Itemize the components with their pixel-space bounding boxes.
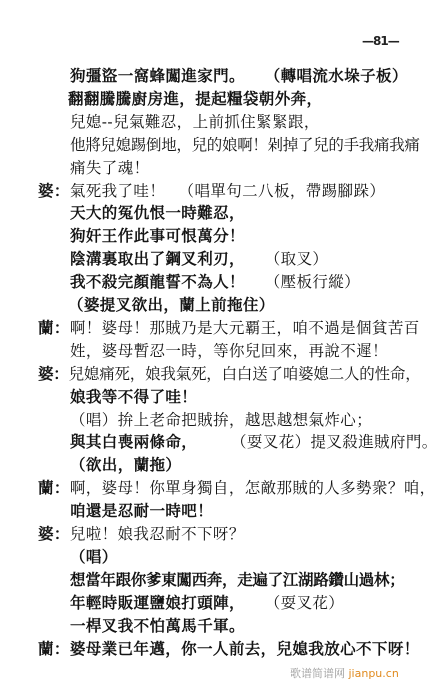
line-text: 氣死我了哇！ xyxy=(70,182,165,200)
line-text: 他將兒媳踢倒地，兒的娘啊！剁掉了兒的手我痛我痛 xyxy=(70,136,420,154)
watermark: 歌谱简谱网 jianpu.cn xyxy=(290,665,399,681)
stage-direction: （轉唱流水垛子板） xyxy=(265,66,408,85)
script-line: （欲出，蘭拖） xyxy=(70,455,181,475)
script-line: 狗彊盜一窩蜂闖進家門。 （轉唱流水垛子板） xyxy=(70,66,408,86)
script-line: 婆：兒啦！娘我忍耐不下呀？ xyxy=(38,524,245,544)
line-text: 姓，婆母暫忍一時，等你兒回來，再說不遲！ xyxy=(70,342,388,360)
script-line: 兒媳--兒氣難忍，上前抓住緊緊跟， xyxy=(70,112,320,132)
line-text: 我不殺完顏龍誓不為人！ xyxy=(70,272,245,291)
line-text: 天大的冤仇恨一時難忍， xyxy=(70,203,245,222)
stage-direction: （唱） xyxy=(70,547,118,566)
script-line: 娘我等不得了哇！ xyxy=(70,387,197,407)
watermark-site: 歌谱简谱网 xyxy=(290,667,345,680)
script-line: 婆：氣死我了哇！ （唱單句二八板，帶踢腳跺） xyxy=(38,181,385,201)
script-line: 想當年跟你爹東闖西奔，走遍了江湖路鑽山過林； xyxy=(70,570,404,590)
script-line: 姓，婆母暫忍一時，等你兒回來，再說不遲！ xyxy=(70,341,388,361)
line-text: 狗彊盜一窩蜂闖進家門。 xyxy=(70,66,245,85)
line-text: 拚上老命把賊拚，越思越想氣炸心； xyxy=(118,411,372,429)
script-line: 翻翻騰騰廚房進，提起糧袋朝外奔， xyxy=(68,89,322,109)
stage-direction: （婆提叉欲出，蘭上前拖住） xyxy=(68,295,275,314)
script-line: 狗奸王作此事可恨萬分！ xyxy=(70,226,245,246)
speaker-label: 蘭： xyxy=(38,478,70,497)
line-text: 與其白喪兩條命， xyxy=(70,432,197,451)
script-line: 陰溝裏取出了鋼叉利刃， （取叉） xyxy=(70,249,328,269)
line-text: 咱還是忍耐一時吧！ xyxy=(70,501,213,520)
line-text: 狗奸王作此事可恨萬分！ xyxy=(70,226,245,245)
script-line: 天大的冤仇恨一時難忍， xyxy=(70,203,245,223)
line-text: 兒媳痛死，娘我氣死，白白送了咱婆媳二人的性命， xyxy=(69,365,421,383)
line-text: 翻翻騰騰廚房進，提起糧袋朝外奔， xyxy=(68,89,322,108)
speaker-label: 婆： xyxy=(38,364,69,383)
script-line: （唱）拚上老命把賊拚，越思越想氣炸心； xyxy=(70,410,372,430)
line-text: 年輕時販運鹽娘打頭陣， xyxy=(70,593,245,612)
speaker-label: 婆： xyxy=(38,524,70,543)
stage-direction: （取叉） xyxy=(265,250,329,268)
line-text: 一桿叉我不怕萬馬千軍。 xyxy=(70,616,245,635)
line-text: 啊，婆母！你單身獨自，怎敵那賊的人多勢衆？咱， xyxy=(70,479,436,497)
line-text: 痛失了魂！ xyxy=(70,159,150,177)
speaker-label: 蘭： xyxy=(38,318,70,337)
script-line: 年輕時販運鹽娘打頭陣， （耍叉花） xyxy=(70,593,344,613)
script-line: 痛失了魂！ xyxy=(70,158,150,178)
line-text: 啊！婆母！那賊乃是大元覇王，咱不過是個貧苦百 xyxy=(70,319,420,337)
line-text: 想當年跟你爹東闖西奔，走遍了江湖路鑽山過林； xyxy=(70,570,404,589)
stage-direction: （壓板行縱） xyxy=(265,273,360,291)
script-line: （婆提叉欲出，蘭上前拖住） xyxy=(68,295,275,315)
script-line: （唱） xyxy=(70,547,118,567)
script-line: 蘭：婆母業已年邁，你一人前去，兒媳我放心不下呀！ xyxy=(38,639,420,659)
speaker-label: 蘭： xyxy=(38,639,70,658)
script-line: 咱還是忍耐一時吧！ xyxy=(70,501,213,521)
script-line: 他將兒媳踢倒地，兒的娘啊！剁掉了兒的手我痛我痛 xyxy=(70,135,420,155)
page-number: —81— xyxy=(362,34,399,48)
stage-direction: （耍叉花）提叉殺進賊府門。 xyxy=(231,433,438,451)
line-text: 婆母業已年邁，你一人前去，兒媳我放心不下呀！ xyxy=(70,639,420,658)
script-line: 我不殺完顏龍誓不為人！ （壓板行縱） xyxy=(70,272,360,292)
script-line: 一桿叉我不怕萬馬千軍。 xyxy=(70,616,245,636)
stage-direction: （唱單句二八板，帶踢腳跺） xyxy=(179,182,386,200)
script-line: 蘭：啊！婆母！那賊乃是大元覇王，咱不過是個貧苦百 xyxy=(38,318,420,338)
line-text: 娘我等不得了哇！ xyxy=(70,387,197,406)
script-line: 蘭：啊，婆母！你單身獨自，怎敵那賊的人多勢衆？咱， xyxy=(38,478,436,498)
stage-direction: （耍叉花） xyxy=(265,594,345,612)
line-text: 兒媳--兒氣難忍，上前抓住緊緊跟， xyxy=(70,113,320,131)
stage-direction: （唱） xyxy=(70,411,118,429)
watermark-url: jianpu.cn xyxy=(349,667,399,680)
script-line: 婆：兒媳痛死，娘我氣死，白白送了咱婆媳二人的性命， xyxy=(38,364,421,384)
line-text: 陰溝裏取出了鋼叉利刃， xyxy=(70,249,245,268)
line-text: 兒啦！娘我忍耐不下呀？ xyxy=(70,525,245,543)
stage-direction: （欲出，蘭拖） xyxy=(70,455,181,474)
speaker-label: 婆： xyxy=(38,181,70,200)
script-line: 與其白喪兩條命， （耍叉花）提叉殺進賊府門。 xyxy=(70,432,438,452)
